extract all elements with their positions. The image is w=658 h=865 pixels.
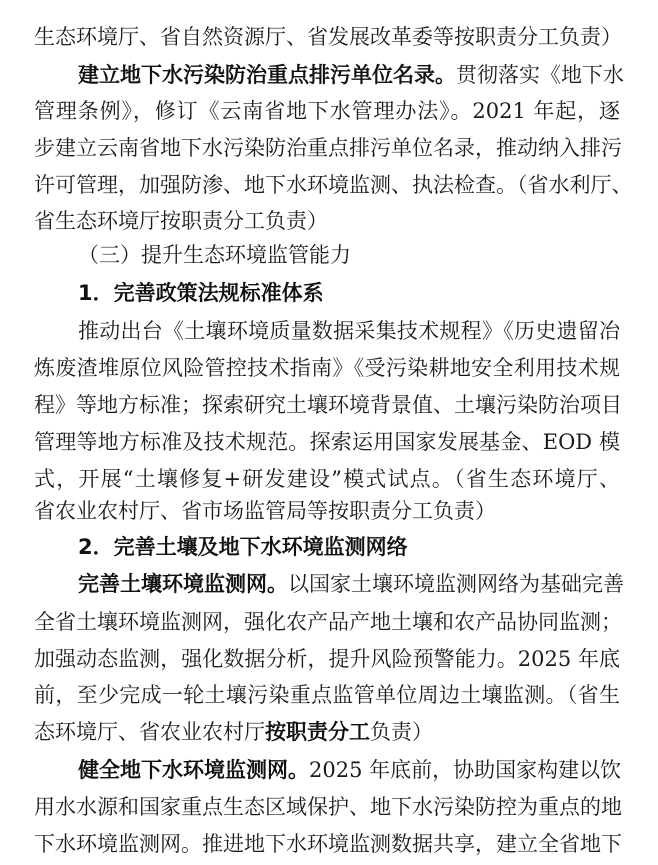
text-line: 加强动态监测，强化数据分析，提升风险预警能力。2025 年底 [34,644,620,674]
text-line: 完善土壤环境监测网。以国家土壤环境监测网络为基础完善 [78,569,620,599]
text-line: 许可管理，加强防渗、地下水环境监测、执法检查。（省水利厅、 [34,170,620,200]
text-line: 管理等地方标准及技术规范。探索运用国家发展基金、EOD 模 [34,427,620,457]
paragraph-text: 管理条例》，修订《云南省地下水管理办法》。2021 年起，逐 [34,99,620,123]
paragraph-text: 生态环境厅、省自然资源厅、省发展改革委等按职责分工负责） [34,25,622,49]
paragraph-heading-bold: 完善土壤环境监测网。 [78,572,288,596]
paragraph-text: 省农业农村厅、省市场监管局等按职责分工负责） [34,499,496,523]
paragraph-text: 态环境厅、省农业农村厅 [34,720,265,744]
subsection-heading-text: 2．完善土壤及地下水环境监测网络 [78,535,408,559]
paragraph-text: 加强动态监测，强化数据分析，提升风险预警能力。2025 年底 [34,647,620,671]
text-line: 全省土壤环境监测网，强化农产品产地土壤和农产品协同监测； [34,607,620,637]
text-line: 推动出台《土壤环境质量数据采集技术规程》《历史遗留冶 [78,316,620,346]
paragraph-heading-bold: 建立地下水污染防治重点排污单位名录。 [78,63,456,87]
paragraph-text: 前，至少完成一轮土壤污染重点监管单位周边土壤监测。（省生 [34,683,620,707]
paragraph-text: 推动出台《土壤环境质量数据采集技术规程》《历史遗留冶 [78,319,620,343]
paragraph-text: 负责） [370,720,433,744]
bold-text: 按职责分工 [265,720,370,744]
subsection-heading-text: 1．完善政策法规标准体系 [78,281,324,305]
text-line: 程》等地方标准；探索研究土壤环境背景值、土壤污染防治项目 [34,390,620,420]
paragraph-text: 2025 年底前，协助国家构建以饮 [309,758,621,782]
text-line: 省生态环境厅按职责分工负责） [34,206,620,236]
text-line: 下水环境监测网。推进地下水环境监测数据共享，建立全省地下 [34,829,620,859]
text-line: 式，开展“土壤修复+研发建设”模式试点。（省生态环境厅、 [34,464,620,494]
paragraph-text: 炼废渣堆原位风险管控技术指南》《受污染耕地安全利用技术规 [34,356,620,380]
subsection-heading: 1．完善政策法规标准体系 [78,278,620,308]
paragraph-text: 下水环境监测网。推进地下水环境监测数据共享，建立全省地下 [34,832,622,856]
subsection-heading: 2．完善土壤及地下水环境监测网络 [78,532,620,562]
text-line: 炼废渣堆原位风险管控技术指南》《受污染耕地安全利用技术规 [34,353,620,383]
paragraph-text: 全省土壤环境监测网，强化农产品产地土壤和农产品协同监测； [34,610,622,634]
paragraph-text: 式，开展“土壤修复+研发建设”模式试点。（省生态环境厅、 [34,467,620,491]
text-line: 管理条例》，修订《云南省地下水管理办法》。2021 年起，逐 [34,96,620,126]
text-line: 健全地下水环境监测网。2025 年底前，协助国家构建以饮 [78,755,620,785]
paragraph-text: 程》等地方标准；探索研究土壤环境背景值、土壤污染防治项目 [34,393,622,417]
text-line: 态环境厅、省农业农村厅按职责分工负责） [34,717,620,747]
paragraph-text: 贯彻落实《地下水 [456,63,624,87]
section-heading: （三）提升生态环境监管能力 [78,240,620,270]
document-page: 生态环境厅、省自然资源厅、省发展改革委等按职责分工负责） 建立地下水污染防治重点… [0,0,658,865]
text-line: 步建立云南省地下水污染防治重点排污单位名录，推动纳入排污 [34,133,620,163]
paragraph-heading-bold: 健全地下水环境监测网。 [78,758,309,782]
paragraph-text: 省生态环境厅按职责分工负责） [34,209,328,233]
section-heading-text: （三）提升生态环境监管能力 [78,243,351,267]
paragraph-text: 许可管理，加强防渗、地下水环境监测、执法检查。（省水利厅、 [34,173,633,197]
text-line: 生态环境厅、省自然资源厅、省发展改革委等按职责分工负责） [34,22,620,52]
paragraph-text: 管理等地方标准及技术规范。探索运用国家发展基金、EOD 模 [34,430,620,454]
paragraph-text: 以国家土壤环境监测网络为基础完善 [288,572,624,596]
paragraph-text: 步建立云南省地下水污染防治重点排污单位名录，推动纳入排污 [34,136,622,160]
text-line: 建立地下水污染防治重点排污单位名录。贯彻落实《地下水 [78,60,620,90]
paragraph-text: 用水水源和国家重点生态区域保护、地下水污染防控为重点的地 [34,795,622,819]
text-line: 用水水源和国家重点生态区域保护、地下水污染防控为重点的地 [34,792,620,822]
text-line: 前，至少完成一轮土壤污染重点监管单位周边土壤监测。（省生 [34,680,620,710]
text-line: 省农业农村厅、省市场监管局等按职责分工负责） [34,496,620,526]
